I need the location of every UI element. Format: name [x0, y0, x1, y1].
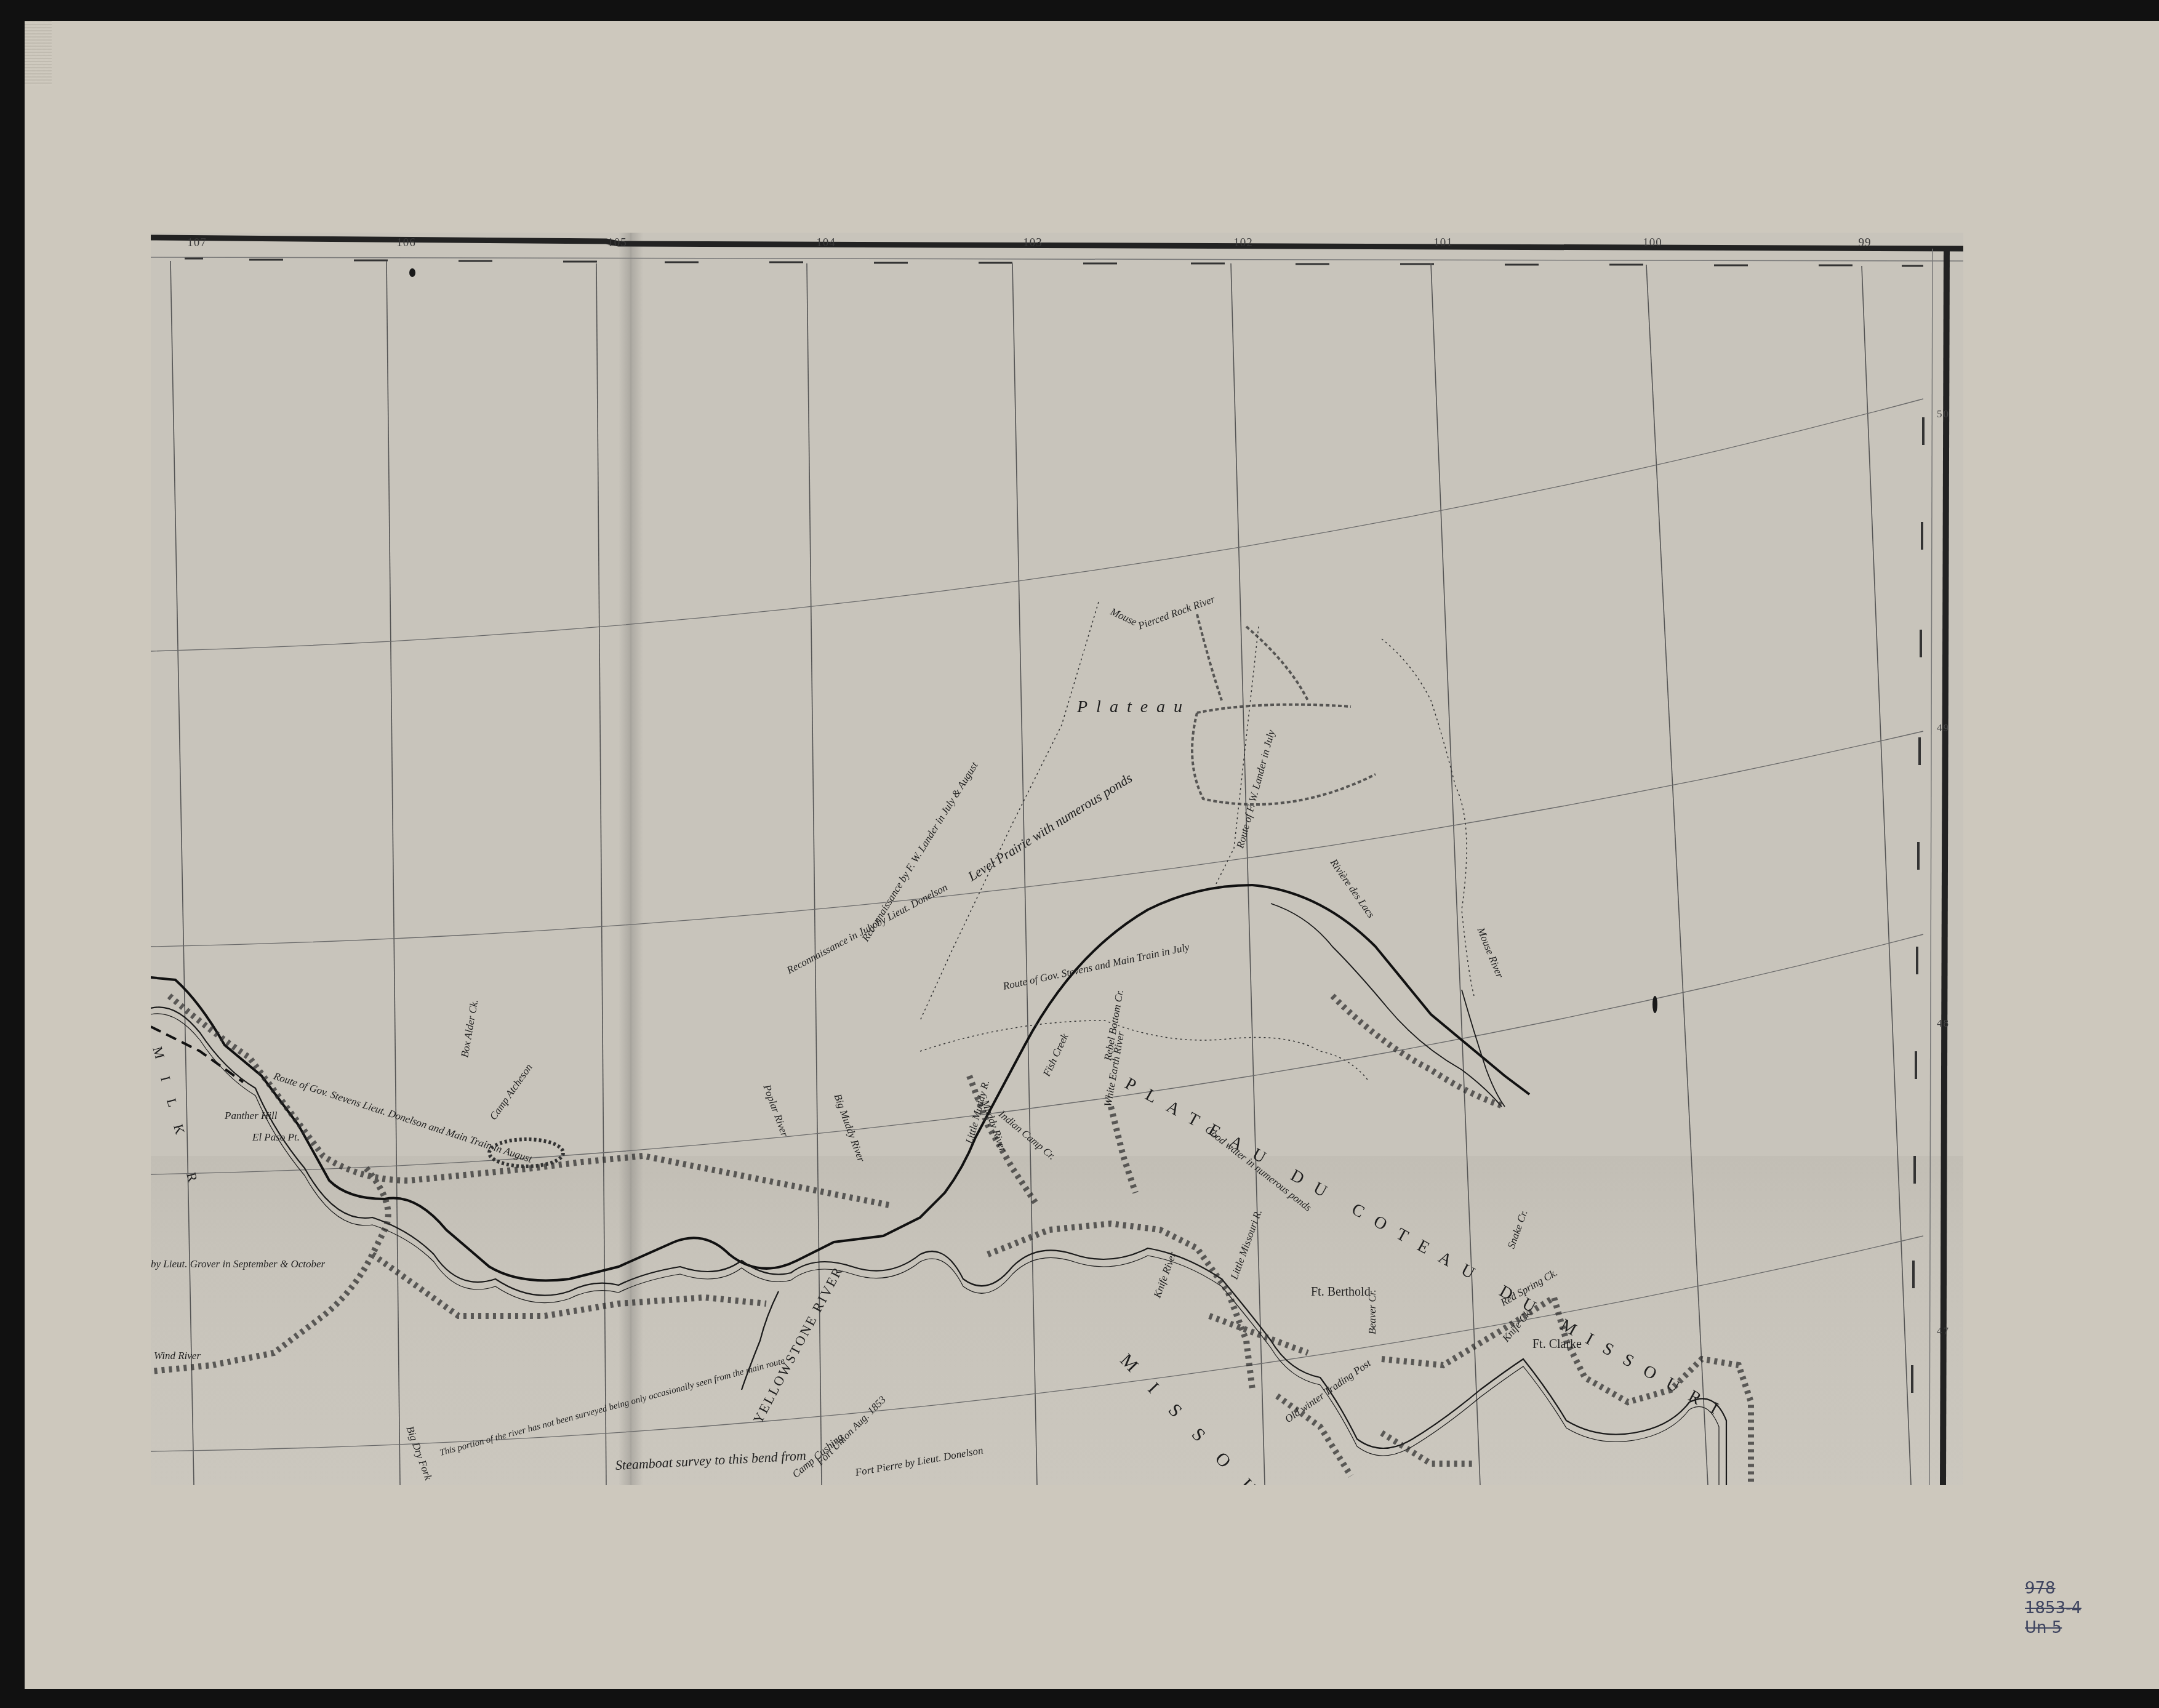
label-winds-river: Wind River — [154, 1350, 201, 1362]
latitude-label: 47 — [1937, 1325, 1950, 1337]
catalog-annotation: 978 1853-4 Un 5 — [2025, 1579, 2081, 1638]
latitude-label: 48 — [1937, 1017, 1950, 1030]
catalog-line-1: 978 — [2025, 1579, 2081, 1598]
catalog-line-2: 1853-4 — [2025, 1598, 2081, 1618]
label-ft-berthold: Ft. Berthold — [1311, 1285, 1371, 1299]
longitude-label: 101 — [1433, 236, 1453, 250]
ink-spot — [409, 268, 415, 277]
longitude-label: 99 — [1859, 236, 1872, 250]
label-beaver-cr: Beaver Cr. — [1366, 1289, 1379, 1334]
longitude-label: 107 — [187, 236, 207, 250]
latitude-label: 49 — [1937, 722, 1950, 734]
longitude-label: 106 — [396, 236, 416, 250]
label-panther-hill: Panther Hill — [225, 1110, 277, 1122]
map-linework — [151, 233, 1963, 1485]
paper-edge-strip — [25, 21, 52, 86]
longitude-label: 105 — [607, 236, 627, 250]
label-ft-clarke: Ft. Clarke — [1532, 1337, 1582, 1352]
label-plateau: Plateau — [1077, 697, 1191, 717]
longitude-label: 100 — [1643, 236, 1662, 250]
ink-spot — [1652, 996, 1657, 1013]
latitude-label: 50 — [1937, 408, 1950, 420]
label-el-paso: El Paso Pt. — [252, 1131, 300, 1144]
label-grover-route: by Lieut. Grover in September & October — [151, 1258, 325, 1270]
longitude-label: 104 — [816, 236, 836, 250]
catalog-line-3: Un 5 — [2025, 1618, 2081, 1638]
map-panel: 107 106 105 104 103 102 101 100 99 50 49… — [151, 233, 1963, 1485]
longitude-label: 102 — [1233, 236, 1253, 250]
longitude-label: 103 — [1023, 236, 1043, 250]
